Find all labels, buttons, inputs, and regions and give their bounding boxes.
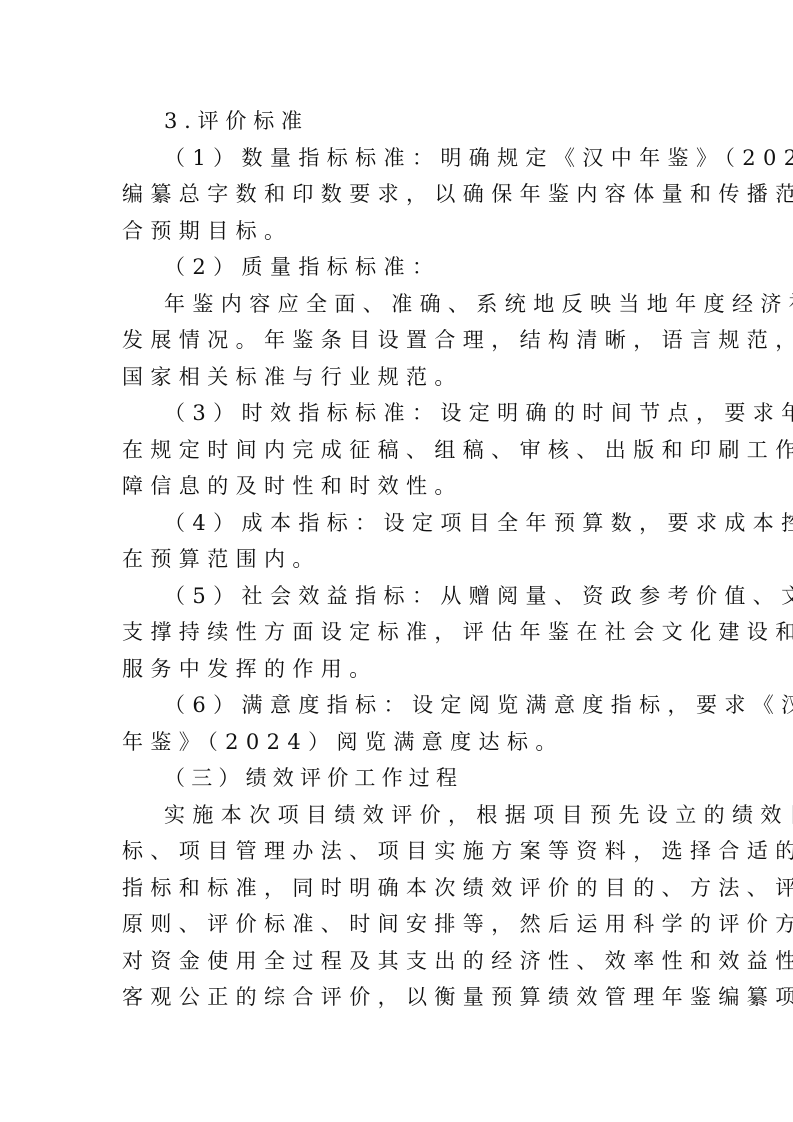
text-line: 客观公正的综合评价，以衡量预算绩效管理年鉴编纂项目资	[122, 979, 682, 1016]
paragraph-evaluation-process: 实施本次项目绩效评价，根据项目预先设立的绩效目 标、项目管理办法、项目实施方案等…	[122, 797, 682, 1016]
text-line: （1）数量指标标准：明确规定《汉中年鉴》（2024）	[122, 140, 682, 177]
section-heading: （三）绩效评价工作过程	[122, 760, 682, 797]
text-line: 原则、评价标准、时间安排等，然后运用科学的评价方法，	[122, 906, 682, 943]
text-line: 合预期目标。	[122, 213, 682, 250]
text-line: 年鉴内容应全面、准确、系统地反映当地年度经济社会	[122, 286, 682, 323]
text-line: 对资金使用全过程及其支出的经济性、效率性和效益性进行	[122, 943, 682, 980]
text-line: 实施本次项目绩效评价，根据项目预先设立的绩效目	[122, 797, 682, 834]
paragraph-quantity-standard: （1）数量指标标准：明确规定《汉中年鉴》（2024） 编纂总字数和印数要求，以确…	[122, 140, 682, 250]
text-line: 编纂总字数和印数要求，以确保年鉴内容体量和传播范围符	[122, 176, 682, 213]
text-line: 国家相关标准与行业规范。	[122, 359, 682, 396]
paragraph-satisfaction-indicator: （6）满意度指标：设定阅览满意度指标，要求《汉中 年鉴》（2024）阅览满意度达…	[122, 687, 682, 760]
text-line: 在预算范围内。	[122, 541, 682, 578]
text-line: 障信息的及时性和时效性。	[122, 468, 682, 505]
document-body: 3.评价标准 （1）数量指标标准：明确规定《汉中年鉴》（2024） 编纂总字数和…	[122, 103, 682, 1016]
text-line: （2）质量指标标准：	[122, 249, 682, 286]
text-line: 在规定时间内完成征稿、组稿、审核、出版和印刷工作，保	[122, 432, 682, 469]
paragraph-timeliness-standard: （3）时效指标标准：设定明确的时间节点，要求年鉴 在规定时间内完成征稿、组稿、审…	[122, 395, 682, 505]
text-line: （3）时效指标标准：设定明确的时间节点，要求年鉴	[122, 395, 682, 432]
text-line: （6）满意度指标：设定阅览满意度指标，要求《汉中	[122, 687, 682, 724]
text-line: 发展情况。年鉴条目设置合理，结构清晰，语言规范，符合	[122, 322, 682, 359]
subsection-title: 3.评价标准	[122, 103, 682, 140]
text-line: 支撑持续性方面设定标准，评估年鉴在社会文化建设和公共	[122, 614, 682, 651]
text-line: （5）社会效益指标：从赠阅量、资政参考价值、文化	[122, 578, 682, 615]
document-page: 3.评价标准 （1）数量指标标准：明确规定《汉中年鉴》（2024） 编纂总字数和…	[0, 0, 793, 1122]
text-line: 指标和标准，同时明确本次绩效评价的目的、方法、评价的	[122, 870, 682, 907]
paragraph-social-benefit-indicator: （5）社会效益指标：从赠阅量、资政参考价值、文化 支撑持续性方面设定标准，评估年…	[122, 578, 682, 688]
text-line: 服务中发挥的作用。	[122, 651, 682, 688]
text-line: 年鉴》（2024）阅览满意度达标。	[122, 724, 682, 761]
text-line: （4）成本指标：设定项目全年预算数，要求成本控制	[122, 505, 682, 542]
paragraph-cost-indicator: （4）成本指标：设定项目全年预算数，要求成本控制 在预算范围内。	[122, 505, 682, 578]
text-line: 标、项目管理办法、项目实施方案等资料，选择合适的评价	[122, 833, 682, 870]
paragraph-quality-standard-title: （2）质量指标标准：	[122, 249, 682, 286]
paragraph-quality-standard-body: 年鉴内容应全面、准确、系统地反映当地年度经济社会 发展情况。年鉴条目设置合理，结…	[122, 286, 682, 396]
